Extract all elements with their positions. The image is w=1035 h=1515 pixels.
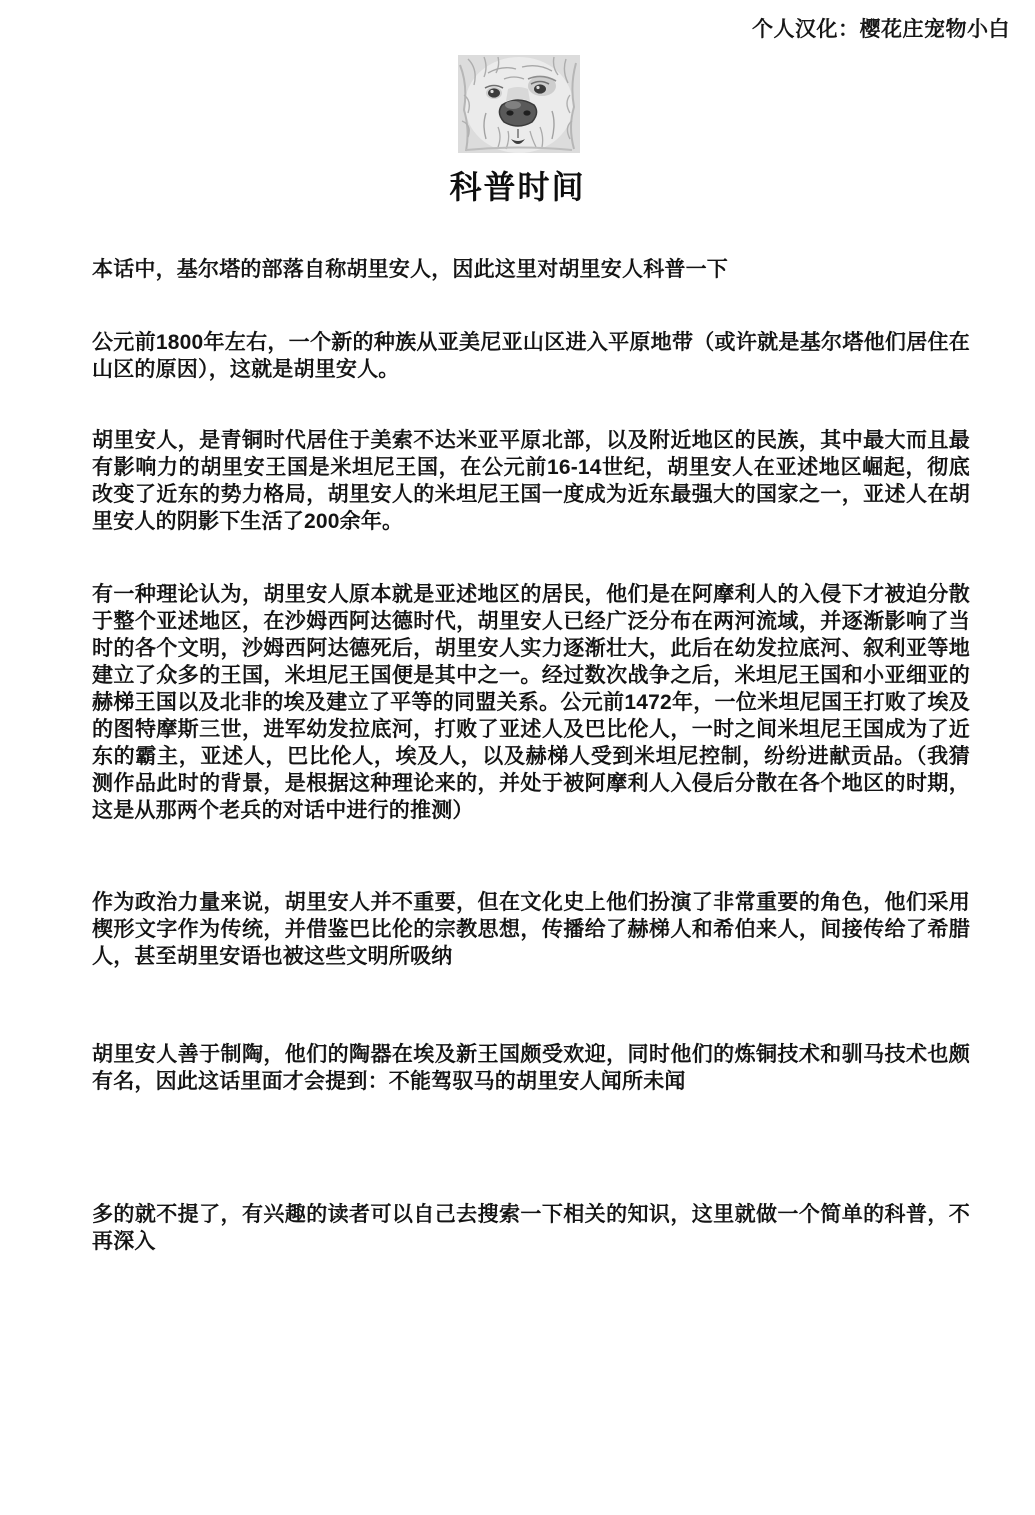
paragraph-pottery: 胡里安人善于制陶，他们的陶器在埃及新王国颇受欢迎，同时他们的炼铜技术和驯马技术也…: [92, 1041, 970, 1095]
paragraph-culture: 作为政治力量来说，胡里安人并不重要，但在文化史上他们扮演了非常重要的角色，他们采…: [92, 889, 970, 970]
dog-image: [458, 55, 580, 153]
paragraph-theory: 有一种理论认为，胡里安人原本就是亚述地区的居民，他们是在阿摩利人的入侵下才被迫分…: [92, 581, 970, 824]
page-title: 科普时间: [0, 162, 1035, 208]
translator-credit: 个人汉化：樱花庄宠物小白: [752, 13, 1010, 43]
translator-note-page: 个人汉化：樱花庄宠物小白: [0, 0, 1035, 1515]
paragraph-bronze-age: 胡里安人，是青铜时代居住于美索不达米亚平原北部，以及附近地区的民族，其中最大而且…: [92, 427, 970, 535]
dog-face-sketch-icon: [458, 55, 580, 153]
paragraph-closing: 多的就不提了，有兴趣的读者可以自己去搜索一下相关的知识，这里就做一个简单的科普，…: [92, 1201, 970, 1255]
paragraph-origin: 公元前1800年左右，一个新的种族从亚美尼亚山区进入平原地带（或许就是基尔塔他们…: [92, 329, 970, 383]
paragraph-intro: 本话中，基尔塔的部落自称胡里安人，因此这里对胡里安人科普一下: [92, 256, 970, 283]
